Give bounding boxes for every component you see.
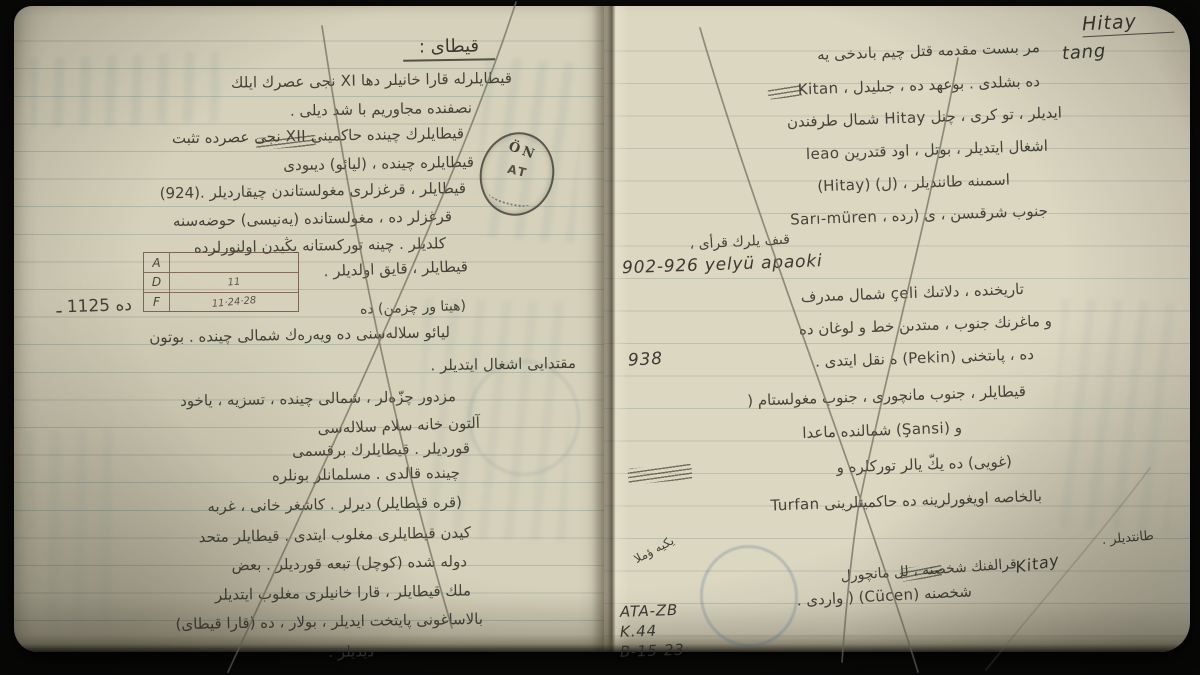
annotation-table-row: F11·24·28	[144, 292, 298, 311]
handwriting-line: ديديلر .	[282, 643, 374, 662]
archive-reference-line: B-15-23	[620, 640, 731, 661]
page-stack-edge	[14, 634, 1190, 652]
table-row-label: F	[144, 293, 170, 311]
page-gutter	[592, 6, 628, 652]
handwriting-line: ده 1125 ـ	[14, 296, 133, 320]
stamp-bleedthrough	[468, 360, 580, 476]
notebook-photo: قيطاى : قيطايلرله قارا خانيلر دها XI نجى…	[0, 0, 1200, 675]
stamp-arc	[487, 186, 533, 210]
handwriting-line: 938	[628, 348, 689, 371]
right-page-header: Hitay	[1081, 9, 1174, 38]
table-row-label: A	[144, 253, 170, 272]
left-page-title: قيطاى :	[403, 35, 495, 62]
table-row-label: D	[144, 273, 170, 291]
annotation-table: AD11F11·24·28	[143, 252, 299, 312]
